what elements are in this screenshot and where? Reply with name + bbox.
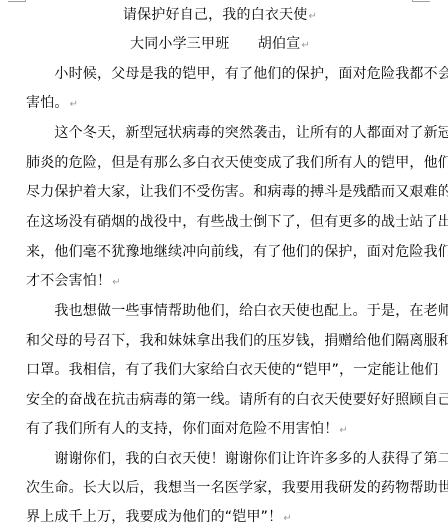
text-line: 谢谢你们，我的白衣天使！谢谢你们让许许多多的人获得了第二	[26, 451, 448, 467]
text-line: 来，他们毫不犹豫地继续冲向前线，有了他们的保护，面对危险我们	[26, 244, 448, 260]
text-line: 害怕。↵	[26, 95, 78, 113]
document-title: 请保护好自己，我的白衣天使↵	[26, 7, 414, 25]
text-line: 小时候，父母是我的铠甲，有了他们的保护，面对危险我都不会	[26, 66, 448, 82]
paragraph-mark-icon: ↵	[112, 277, 121, 288]
text-line: 肺炎的危险，但是有那么多白衣天使变成了我们所有人的铠甲，他们	[26, 155, 448, 171]
text-line: 和父母的号召下，我和妹妹拿出我们的压岁钱，捐赠给他们隔离服和	[26, 333, 448, 349]
text-line: 才不会害怕！↵	[26, 273, 121, 291]
paragraph-mark-icon: ↵	[339, 425, 348, 436]
paragraph-mark-icon: ↵	[301, 40, 310, 51]
text-line: 安全的奋战在抗击病毒的第一线。请所有的白衣天使要好好照顾自己，	[26, 392, 448, 408]
text-line: 我也想做一些事情帮助他们，给白衣天使也配上。于是，在老师	[26, 303, 448, 319]
crop-mark-right	[412, 0, 430, 2]
paragraph-mark-icon: ↵	[283, 513, 292, 524]
text-line: 有了我们所有人的支持，你们面对危险不用害怕！↵	[26, 421, 348, 439]
paragraph-mark-icon: ↵	[70, 99, 79, 110]
paragraph-mark-icon: ↵	[309, 11, 318, 22]
text-line: 尽力保护着大家，让我们不受伤害。和病毒的搏斗是残酷而又艰难的，	[26, 184, 448, 200]
text-line: 这个冬天，新型冠状病毒的突然袭击，让所有的人都面对了新冠	[26, 125, 448, 141]
text-line: 在这场没有硝烟的战役中，有些战士倒下了，但有更多的战士站了出	[26, 214, 448, 230]
document-byline: 大同小学三甲班 胡伯宣↵	[26, 36, 414, 54]
text-line: 次生命。长大以后，我想当一名医学家，我要用我研发的药物帮助世	[26, 480, 448, 496]
crop-mark-left	[8, 0, 26, 2]
text-line: 界上成千上万，我要成为他们的“铠甲”！↵	[26, 509, 292, 527]
text-line: 口罩。我相信，有了我们大家给白衣天使的“铠甲”，一定能让他们	[26, 362, 439, 378]
